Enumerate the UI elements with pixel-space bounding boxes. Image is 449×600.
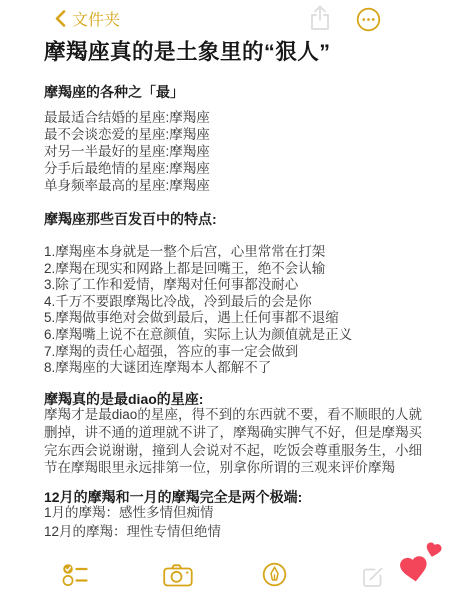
text-line: 单身频率最高的星座:摩羯座: [44, 177, 424, 194]
notes-app-window: 文件夹: [0, 0, 449, 600]
text-line: 1月的摩羯：感性多情但痴情: [44, 504, 424, 523]
section-superlatives-lines: 最最适合结婚的星座:摩羯座 最不会谈恋爱的星座:摩羯座 对另一半最好的星座:摩羯…: [44, 109, 424, 194]
text-line: 8.摩羯座的大谜团连摩羯本人都解不了: [44, 360, 424, 377]
note-title: 摩羯座真的是土象里的“狠人”: [44, 35, 434, 66]
section-traits-lines: 1.摩羯座本身就是一整个后宫，心里常常在打架 2.摩羯在现实和网路上都是回嘴王，…: [44, 244, 424, 377]
text-line: 4.千万不要跟摩羯比冷战，冷到最后的会是你: [44, 294, 424, 311]
section-diao-paragraph: 摩羯才是最diao的星座，得不到的东西就不要，看不顺眼的人就删掉，讲不通的道理就…: [44, 406, 422, 477]
text-line: 对另一半最好的星座:摩羯座: [44, 143, 424, 160]
section-heading-superlatives: 摩羯座的各种之「最」: [44, 82, 424, 102]
text-line: 6.摩羯嘴上说不在意颜值，实际上认为颜值就是正义: [44, 327, 424, 344]
text-line: 7.摩羯的责任心超强，答应的事一定会做到: [44, 344, 424, 361]
text-line: 2.摩羯在现实和网路上都是回嘴王，绝不会认输: [44, 261, 424, 278]
bottom-toolbar: [0, 554, 449, 600]
camera-button[interactable]: [163, 564, 193, 587]
note-editor-area[interactable]: 摩羯座真的是土象里的“狠人” 摩羯座的各种之「最」 最最适合结婚的星座:摩羯座 …: [0, 0, 449, 600]
text-line: 12月的摩羯：理性专情但绝情: [44, 523, 424, 542]
text-line: 1.摩羯座本身就是一整个后宫，心里常常在打架: [44, 244, 424, 261]
section-heading-traits: 摩羯座那些百发百中的特点:: [44, 209, 424, 229]
text-line: 5.摩羯做事绝对会做到最后，遇上任何事都不退缩: [44, 310, 424, 327]
compose-icon: [361, 565, 385, 589]
text-line: 最最适合结婚的星座:摩羯座: [44, 109, 424, 126]
text-line: 分手后最绝情的星座:摩羯座: [44, 160, 424, 177]
section-extremes-lines: 1月的摩羯：感性多情但痴情 12月的摩羯：理性专情但绝情: [44, 504, 424, 541]
checklist-button[interactable]: [62, 562, 89, 587]
compose-button[interactable]: [361, 565, 385, 589]
markup-button[interactable]: [262, 562, 287, 587]
checklist-icon: [62, 562, 89, 587]
text-line: 最不会谈恋爱的星座:摩羯座: [44, 126, 424, 143]
text-line: 3.除了工作和爱情，摩羯对任何事都没耐心: [44, 277, 424, 294]
markup-pen-icon: [262, 562, 287, 587]
camera-icon: [163, 564, 193, 587]
